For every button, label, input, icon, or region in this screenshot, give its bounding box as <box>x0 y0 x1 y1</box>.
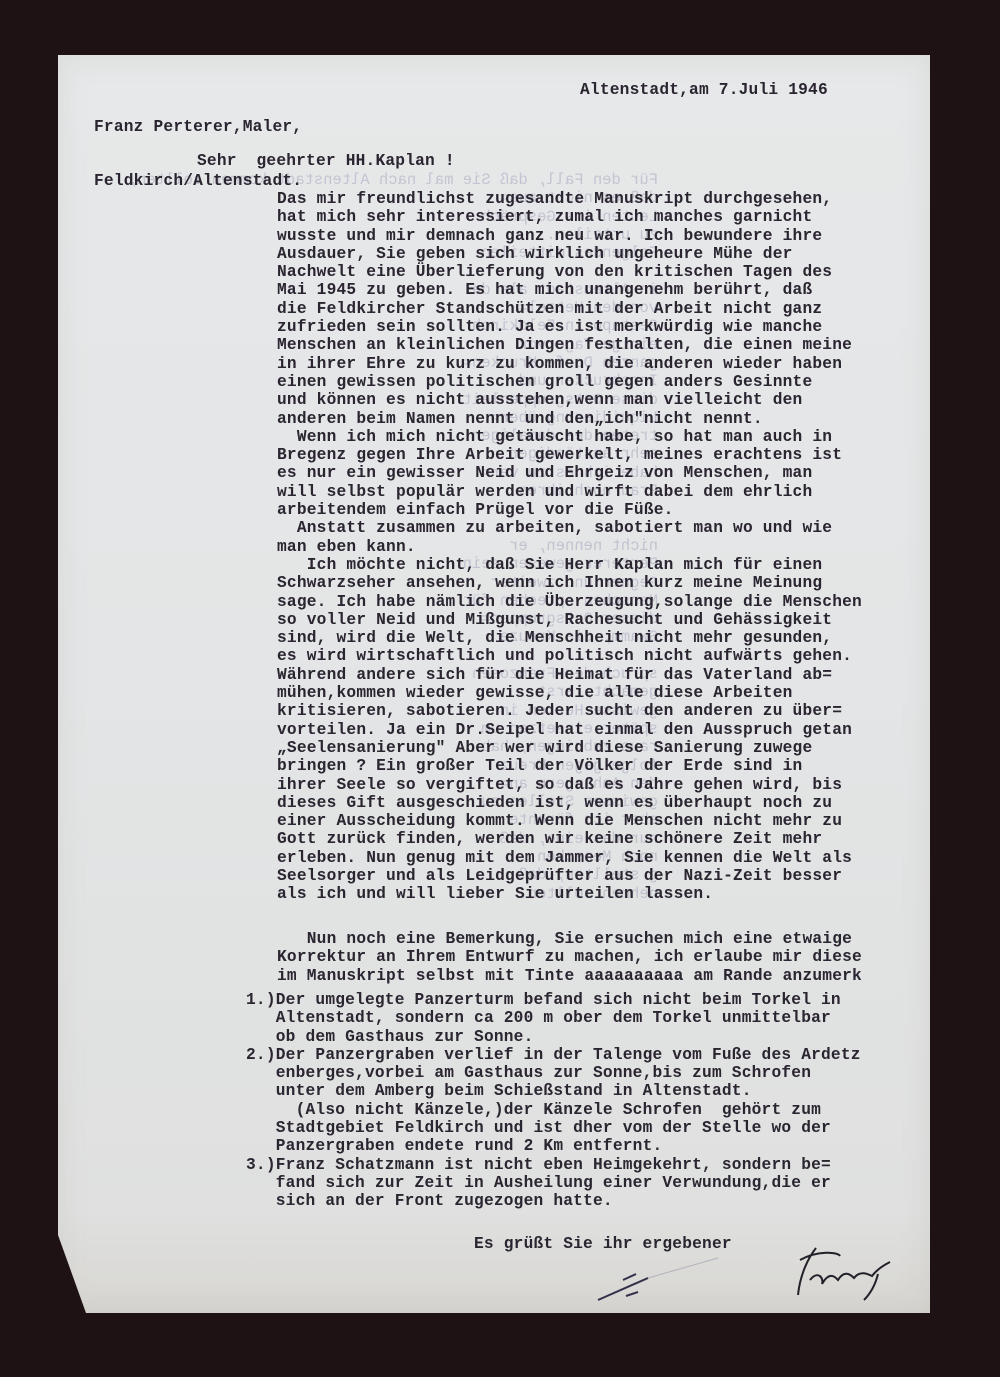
text-line: Altenstadt, sondern ca 200 m ober dem To… <box>246 1009 861 1027</box>
text-line: bringen ? Ein großer Teil der Völker der… <box>277 757 862 775</box>
text-line: dieses Gift ausgeschieden ist, wenn es ü… <box>277 794 862 812</box>
letter-page: Für den Fall, daß Sie mal nach Altenstad… <box>58 55 930 1313</box>
text-line: es wird wirtschaftlich und politisch nic… <box>277 647 862 665</box>
text-line: Menschen an kleinlichen Dingen festhalte… <box>277 336 862 354</box>
text-line: Stadtgebiet Feldkirch und ist dher vom d… <box>246 1119 861 1137</box>
text-line: man eben kann. <box>277 538 862 556</box>
sender-name: Franz Perterer,Maler, <box>94 118 302 136</box>
correction-item: 1.)Der umgelegte Panzerturm befand sich … <box>246 991 861 1009</box>
letter-body: Das mir freundlichst zugesandte Manuskri… <box>277 190 862 904</box>
text-line: erleben. Nun genug mit dem Jammer, Sie k… <box>277 849 862 867</box>
text-line: Nachwelt eine Überlieferung von den krit… <box>277 263 862 281</box>
text-line: einen gewissen politischen groll gegen a… <box>277 373 862 391</box>
corrections-list: 1.)Der umgelegte Panzerturm befand sich … <box>246 991 861 1211</box>
text-line: ihrer Seele so vergiftet, so daß es Jahr… <box>277 776 862 794</box>
text-line: Korrektur an Ihrem Entwurf zu machen, ic… <box>277 948 862 966</box>
text-line: so voller Neid und Mißgunst, Rachesucht … <box>277 611 862 629</box>
initial-stroke-icon <box>598 1278 648 1300</box>
text-line: kritisieren, sabotieren. Jeder sucht den… <box>277 702 862 720</box>
text-line: Ich möchte nicht, daß Sie Herr Kaplan mi… <box>277 556 862 574</box>
text-line: Mai 1945 zu geben. Es hat mich unangeneh… <box>277 281 862 299</box>
salutation: Sehr geehrter HH.Kaplan ! <box>197 152 455 170</box>
text-line: sind, wird die Welt, die Menschheit nich… <box>277 629 862 647</box>
text-line: Während andere sich für die Heimat für d… <box>277 666 862 684</box>
text-line: (Also nicht Känzele,)der Känzele Schrofe… <box>246 1101 861 1119</box>
text-line: hat mich sehr interessiert, zumal ich ma… <box>277 208 862 226</box>
text-line: die Feldkircher Standschützen mit der Ar… <box>277 300 862 318</box>
text-line: mühen,kommen wieder gewisse, die alle di… <box>277 684 862 702</box>
correction-item: 3.)Franz Schatzmann ist nicht eben Heimg… <box>246 1156 861 1174</box>
text-line: einer Ausscheidung kommt. Wenn die Mensc… <box>277 812 862 830</box>
text-line: in ihrer Ehre zu kurz zu kommen, die and… <box>277 355 862 373</box>
text-line: Seelsorger und als Leidgeprüfter aus der… <box>277 867 862 885</box>
text-line: zufrieden sein sollten. Ja es ist merkwü… <box>277 318 862 336</box>
text-line: fand sich zur Zeit in Ausheilung einer V… <box>246 1174 861 1192</box>
text-line: anderen beim Namen nennt und den„ich"nic… <box>277 410 862 428</box>
text-line: ob dem Gasthaus zur Sonne. <box>246 1028 861 1046</box>
text-line: enberges,vorbei am Gasthaus zur Sonne,bi… <box>246 1064 861 1082</box>
text-line: will selbst populär werden und wirft dab… <box>277 483 862 501</box>
text-line: Gott zurück finden, werden wir keine sch… <box>277 830 862 848</box>
remark-paragraph: Nun noch eine Bemerkung, Sie ersuchen mi… <box>277 930 862 985</box>
text-line: arbeitendem einfach Prügel vor die Füße. <box>277 501 862 519</box>
signature-mark <box>578 1240 898 1310</box>
text-line: Wenn ich mich nicht getäuscht habe, so h… <box>277 428 862 446</box>
text-line: Panzergraben endete rund 2 Km entfernt. <box>246 1137 861 1155</box>
signature-icon <box>798 1248 890 1300</box>
correction-item: 2.)Der Panzergraben verlief in der Talen… <box>246 1046 861 1064</box>
text-line: vorteilen. Ja ein Dr.Seipel hat einmal d… <box>277 721 862 739</box>
text-line: und können es nicht ausstehen,wenn man v… <box>277 391 862 409</box>
text-line: Bregenz gegen Ihre Arbeit gewerkelt, mei… <box>277 446 862 464</box>
text-line: sich an der Front zugezogen hatte. <box>246 1192 861 1210</box>
text-line: es nur ein gewisser Neid und Ehrgeiz von… <box>277 464 862 482</box>
text-line: Anstatt zusammen zu arbeiten, sabotiert … <box>277 519 862 537</box>
text-line: unter dem Amberg beim Schießstand in Alt… <box>246 1082 861 1100</box>
dateline: Altenstadt,am 7.Juli 1946 <box>580 81 828 99</box>
text-line: Nun noch eine Bemerkung, Sie ersuchen mi… <box>277 930 862 948</box>
text-line: sage. Ich habe nämlich die Überzeugung,s… <box>277 593 862 611</box>
text-line: Schwarzseher ansehen, wenn ich Ihnen kur… <box>277 574 862 592</box>
text-line: Das mir freundlichst zugesandte Manuskri… <box>277 190 862 208</box>
text-line: als ich und will lieber Sie urteilen las… <box>277 885 862 903</box>
text-line: „Seelensanierung" Aber wer wird diese Sa… <box>277 739 862 757</box>
sender-place: Feldkirch/Altenstadt. <box>94 172 302 190</box>
text-line: Ausdauer, Sie geben sich wirklich ungehe… <box>277 245 862 263</box>
text-line: wusste und mir demnach ganz neu war. Ich… <box>277 227 862 245</box>
text-line: im Manuskript selbst mit Tinte aaaaaaaaa… <box>277 967 862 985</box>
